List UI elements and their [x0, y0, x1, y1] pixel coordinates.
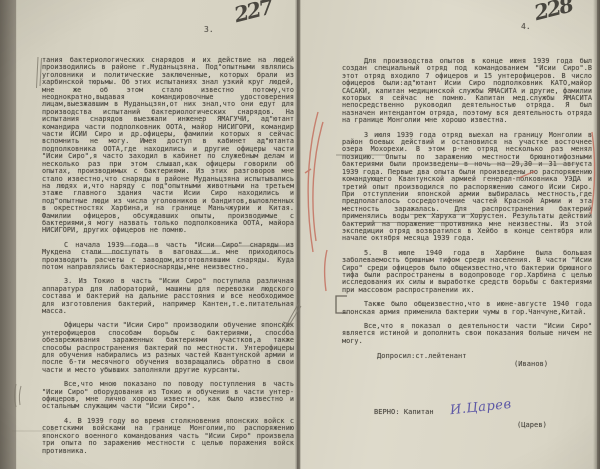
certification-line: ВЕРНО: Капитан: [374, 408, 434, 416]
leaf-number-stamp-228: 228: [532, 0, 575, 25]
scan-left-edge-shadow: [0, 0, 17, 469]
paragraph: 3 июля 1939 года отряд выехал на границу…: [342, 132, 592, 243]
paragraph: тания бактериологических снарядов и их д…: [42, 57, 294, 235]
interrogator-line: Допросил:ст.лейтенант: [377, 352, 467, 360]
typed-text-right: Для производства опытов в конце июня 193…: [342, 58, 592, 352]
paragraph: Также было общеизвестно,что в июне-авгус…: [342, 301, 592, 316]
scanned-document: { "pages": [ { "page_number": "3.", "lea…: [0, 0, 600, 469]
paragraph: Все,что мною показано по поводу поступле…: [42, 381, 294, 411]
page-number-right: 4.: [521, 22, 531, 31]
page-number-left: 3.: [204, 25, 214, 34]
page-gutter-shadow: [295, 0, 301, 469]
typed-text-left: тания бактериологических снарядов и их д…: [42, 57, 294, 462]
paragraph: 4. В 1939 году во время столкновения япо…: [42, 418, 294, 455]
paragraph: С начала 1939 года в часть "Исии Сиро" с…: [42, 242, 294, 272]
page-left-sheet-3: 3. 227 тания бактериологических снарядов…: [16, 0, 297, 469]
scan-right-edge-shadow: [593, 0, 600, 469]
paragraph: 3. Из Токио в часть "Исии Сиро" поступил…: [42, 278, 294, 315]
interrogator-name: (Иванов): [514, 360, 548, 368]
paragraph: Для производства опытов в конце июня 193…: [342, 58, 592, 125]
certifier-name: (Царев): [517, 421, 547, 429]
paragraph: Офицеры части "Исии Сиро" производили об…: [42, 322, 294, 374]
paragraph: 5. В июле 1940 года в Харбине была больш…: [342, 250, 592, 294]
paragraph: Все,что я показал о деятельности части "…: [342, 323, 592, 345]
leaf-number-stamp-227: 227: [232, 0, 275, 27]
handwritten-signature-tsarev: И.Царев: [449, 397, 512, 418]
page-right-sheet-4: 4. 228 Для производства опытов в конце и…: [300, 0, 597, 469]
